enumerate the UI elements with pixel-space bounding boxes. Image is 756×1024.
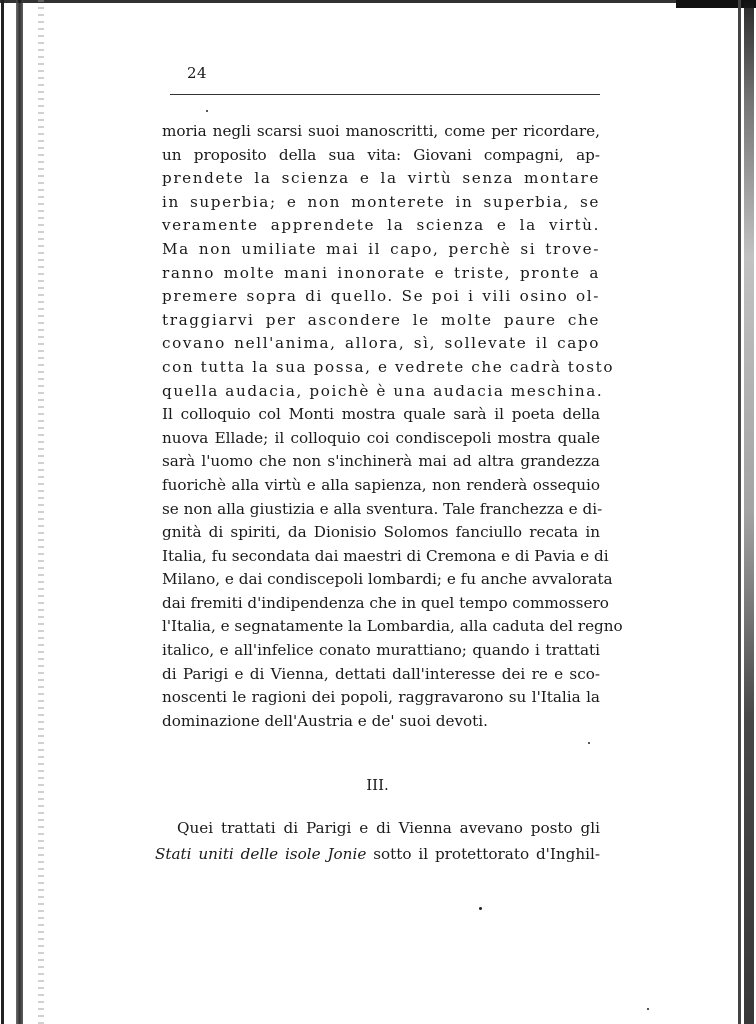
text-line: gnità di spiriti, da Dionisio Solomos fa… — [162, 521, 600, 545]
header-rule — [170, 94, 600, 95]
text-line: in superbia; e non monterete in superbia… — [162, 191, 600, 215]
text-line: italico, e all'infelice conato murattian… — [162, 639, 600, 663]
text-line: noscenti le ragioni dei popoli, raggrava… — [162, 686, 600, 710]
paragraph-2: Quei trattati di Parigi e di Vienna avev… — [155, 815, 600, 867]
binding-line — [1, 0, 4, 1024]
scan-speck — [479, 907, 482, 910]
binding-texture — [38, 0, 44, 1024]
text-line: covano nell'anima, allora, sì, sollevate… — [162, 332, 600, 356]
text-line: ranno molte mani inonorate e triste, pro… — [162, 262, 600, 286]
text-line: nuova Ellade; il colloquio coi condiscep… — [162, 427, 600, 451]
text-line: Italia, fu secondata dai maestri di Crem… — [162, 545, 600, 569]
text-line: un proposito della sua vita: Giovani com… — [162, 144, 600, 168]
text-line: fuorichè alla virtù e alla sapienza, non… — [162, 474, 600, 498]
italic-phrase: Stati uniti delle isole Jonie — [155, 845, 366, 863]
text-line: sarà l'uomo che non s'inchinerà mai ad a… — [162, 450, 600, 474]
text-line: Milano, e dai condiscepoli lombardi; e f… — [162, 568, 600, 592]
text-line: dai fremiti d'indipendenza che in quel t… — [162, 592, 600, 616]
text-line: premere sopra di quello. Se poi i vili o… — [162, 285, 600, 309]
section-heading: III. — [155, 776, 600, 794]
scan-speck — [647, 1008, 649, 1010]
text-line: se non alla giustizia e alla sventura. T… — [162, 498, 600, 522]
text-line: di Parigi e di Vienna, dettati dall'inte… — [162, 663, 600, 687]
scan-top-edge — [0, 0, 756, 3]
book-binding-edge — [0, 0, 48, 1024]
text-line: traggiarvi per ascondere le molte paure … — [162, 309, 600, 333]
page-right-edge — [736, 0, 756, 1024]
text-line: prendete la scienza e la virtù senza mon… — [162, 167, 600, 191]
text-line: con tutta la sua possa, e vedrete che ca… — [162, 356, 600, 380]
text-line: moria negli scarsi suoi manoscritti, com… — [162, 120, 600, 144]
paragraph-1: moria negli scarsi suoi manoscritti, com… — [162, 120, 600, 733]
right-edge-line — [738, 0, 741, 1024]
text-line: Stati uniti delle isole Jonie sotto il p… — [155, 841, 600, 867]
book-page: 24 moria negli scarsi suoi manoscritti, … — [155, 58, 600, 96]
text-line: Ma non umiliate mai il capo, perchè si t… — [162, 238, 600, 262]
text-span: sotto il protettorato d'Inghil- — [366, 845, 600, 863]
page-header: 24 — [155, 58, 600, 96]
binding-shadow — [16, 0, 23, 1024]
text-line: quella audacia, poichè è una audacia mes… — [162, 380, 600, 404]
right-edge-shadow — [744, 0, 754, 1024]
page-number: 24 — [187, 64, 207, 82]
text-line: l'Italia, e segnatamente la Lombardia, a… — [162, 615, 600, 639]
scan-speck — [588, 742, 590, 744]
text-line: Quei trattati di Parigi e di Vienna avev… — [155, 815, 600, 841]
scan-speck — [206, 110, 208, 112]
text-line: dominazione dell'Austria e de' suoi devo… — [162, 710, 600, 734]
text-line: veramente apprendete la scienza e la vir… — [162, 214, 600, 238]
text-line: Il colloquio col Monti mostra quale sarà… — [162, 403, 600, 427]
